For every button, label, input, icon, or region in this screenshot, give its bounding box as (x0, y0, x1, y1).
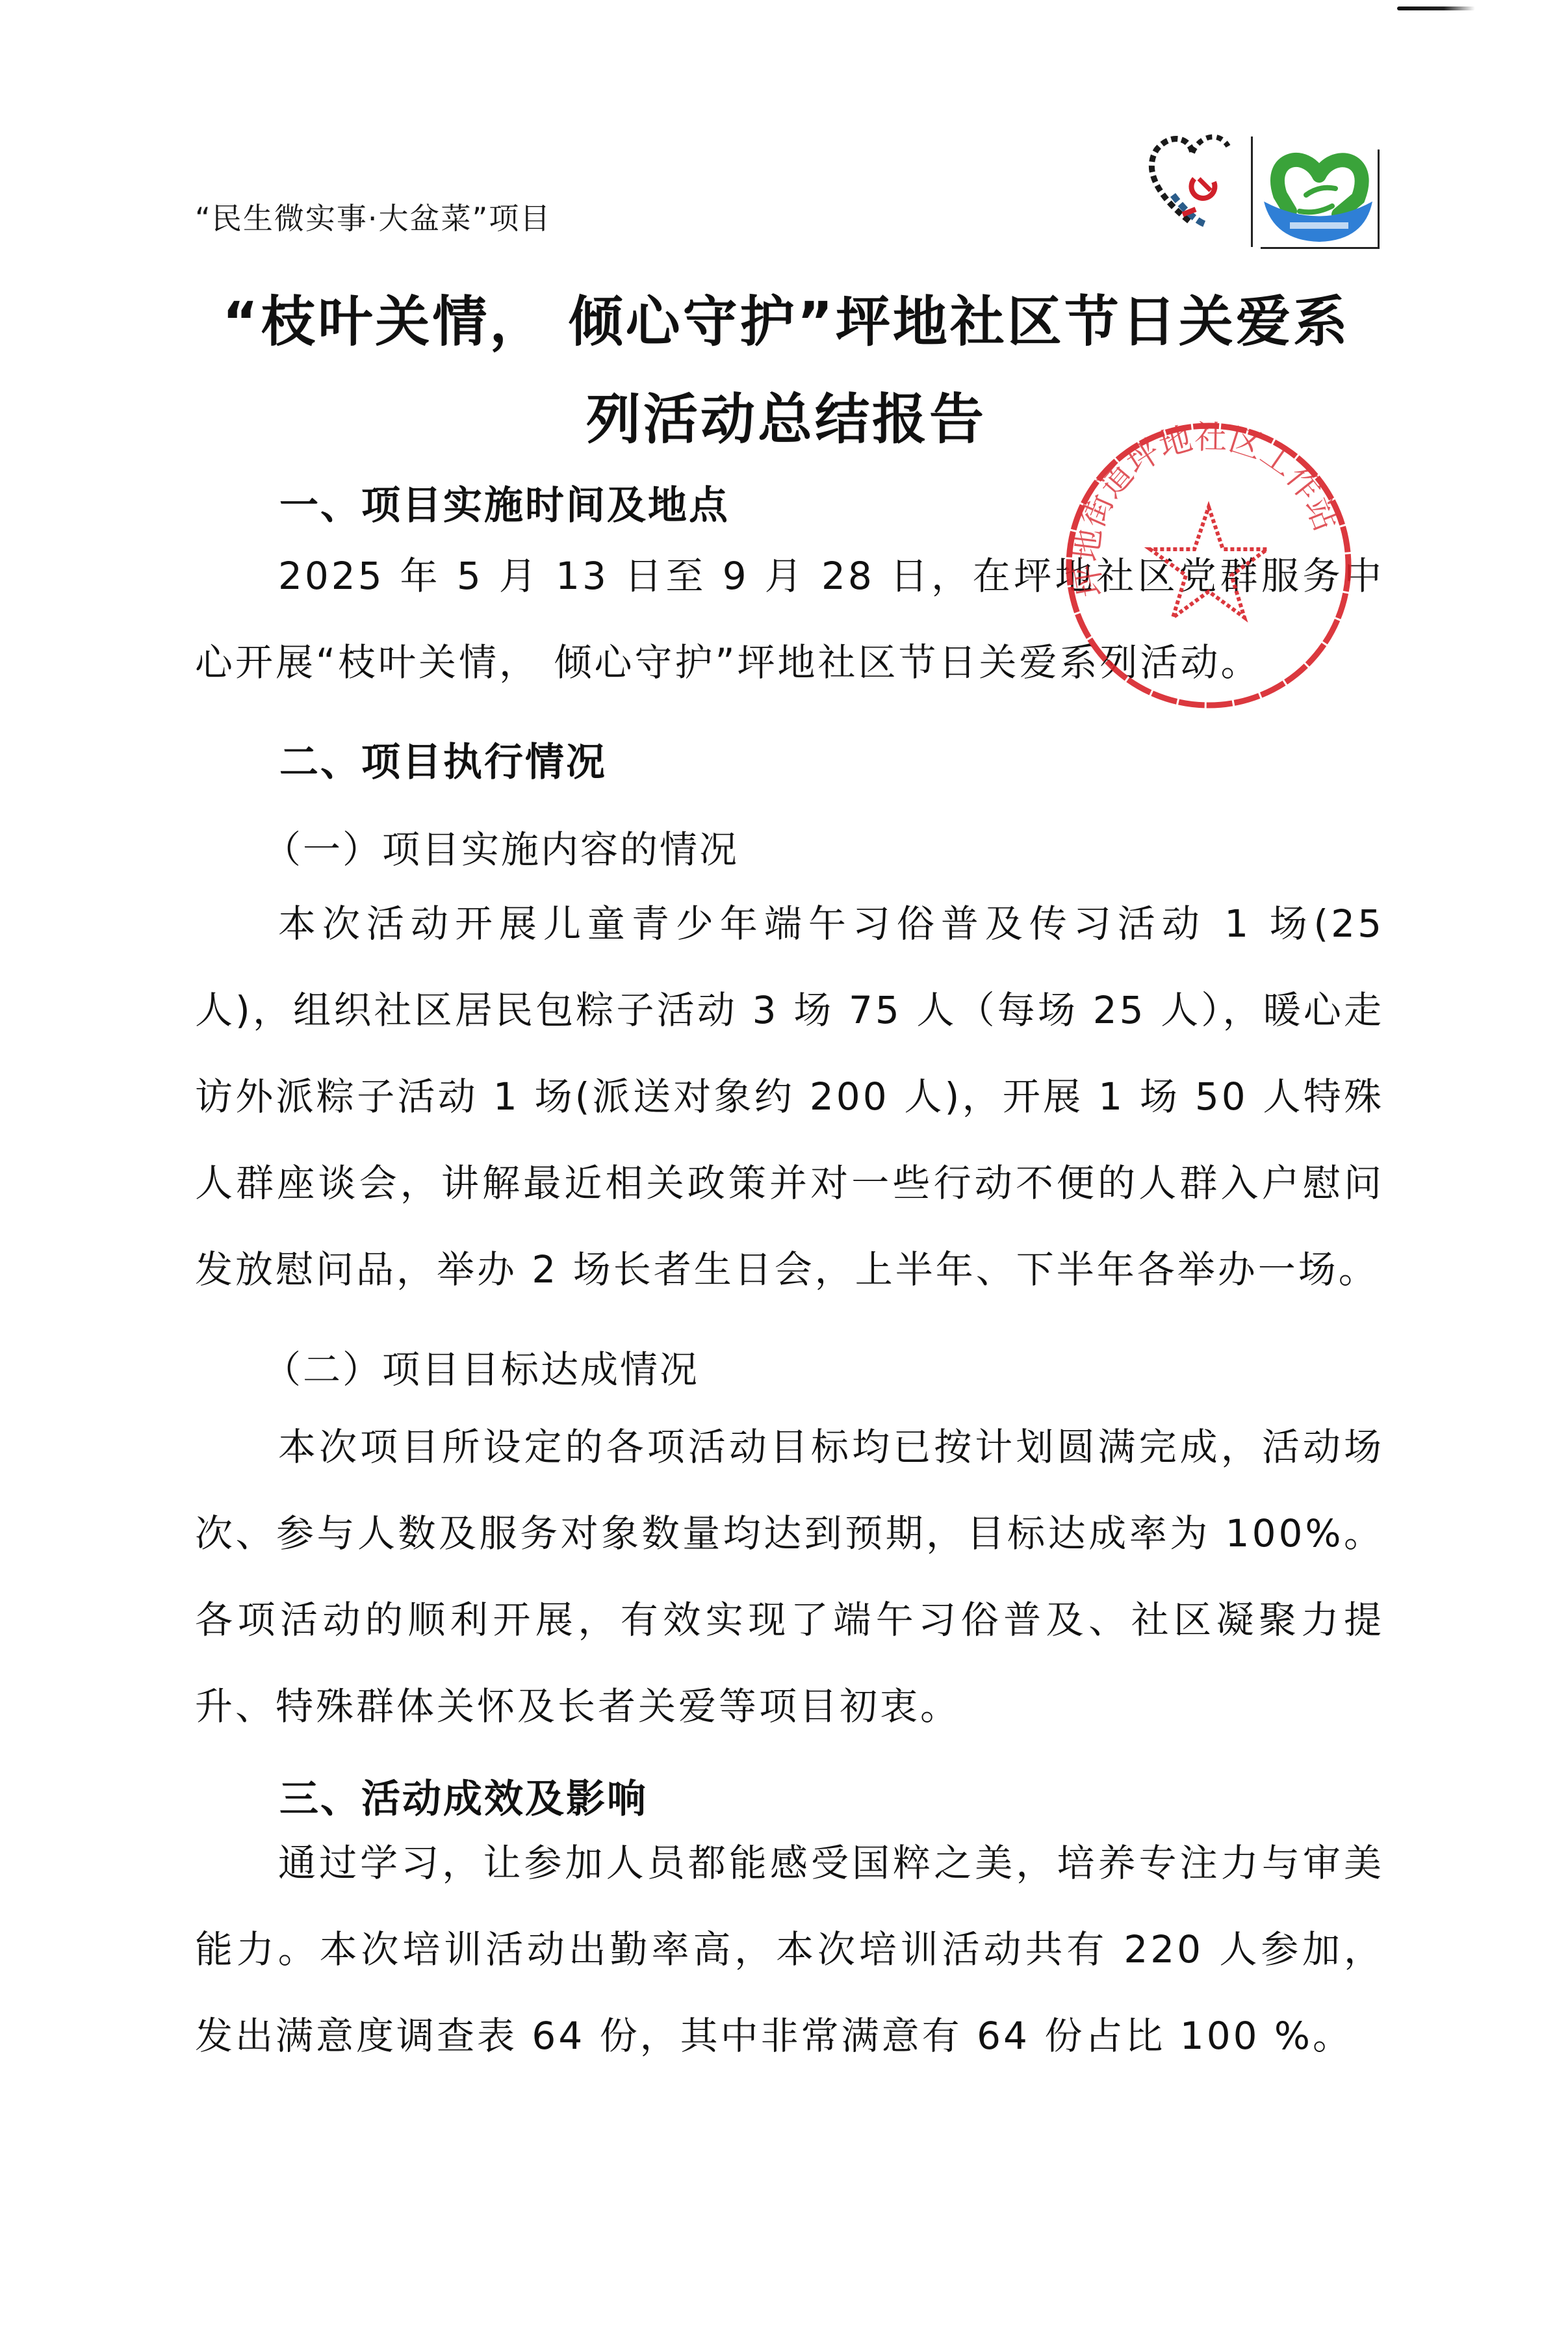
green-heart-bowl-logo-icon (1261, 149, 1380, 249)
subsection-2-1-heading: （一）项目实施内容的情况 (263, 819, 739, 874)
section-3-paragraph: 通过学习，让参加人员都能感受国粹之美，培养专注力与审美能力。本次培训活动出勤率高… (195, 1820, 1384, 2079)
subsection-2-2-heading: （二）项目目标达成情况 (263, 1339, 699, 1394)
scan-artifact-mark (1397, 6, 1475, 10)
section-3-heading: 三、活动成效及影响 (279, 1768, 648, 1824)
section-1-paragraph: 2025 年 5 月 13 日至 9 月 28 日，在坪地社区党群服务中心开展“… (195, 533, 1384, 706)
section-2-heading: 二、项目执行情况 (279, 731, 607, 787)
section-1-heading: 一、项目实施时间及地点 (279, 474, 730, 530)
project-tag: “民生微实事·大盆菜”项目 (195, 195, 551, 238)
header-logos (1131, 117, 1391, 247)
report-title-line-1: “枝叶关情， 倾心守护”坪地社区节日关爱系 (182, 273, 1391, 370)
subsection-2-1-paragraph: 本次活动开展儿童青少年端午习俗普及传习活动 1 场(25 人)，组织社区居民包粽… (195, 881, 1384, 1313)
logo-divider (1251, 136, 1253, 247)
party-heart-logo-icon (1144, 123, 1241, 234)
report-title-line-2: 列活动总结报告 (182, 370, 1391, 468)
subsection-2-2-paragraph: 本次项目所设定的各项活动目标均已按计划圆满完成，活动场次、参与人数及服务对象数量… (195, 1404, 1384, 1750)
